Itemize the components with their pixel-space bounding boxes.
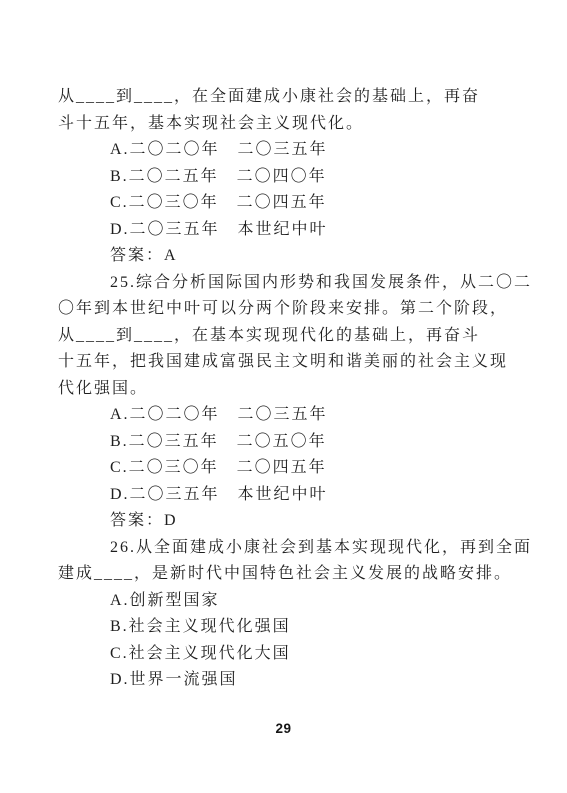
option-line-b: B.二〇三五年 二〇五〇年 (58, 429, 492, 456)
option-line-d: D.二〇三五年 本世纪中叶 (58, 482, 492, 509)
option-line-a: A.二〇二〇年 二〇三五年 (58, 137, 492, 164)
option-line-c: C.二〇三〇年 二〇四五年 (58, 455, 492, 482)
question-stem-line: 〇年到本世纪中叶可以分两个阶段来安排。第二个阶段， (58, 296, 492, 323)
option-line-d: D.二〇三五年 本世纪中叶 (58, 217, 492, 244)
option-line-d: D.世界一流强国 (58, 667, 492, 694)
answer-line: 答案：A (58, 243, 492, 270)
question-stem-line: 斗十五年，基本实现社会主义现代化。 (58, 111, 492, 138)
question-stem-line: 从____到____，在基本实现现代化的基础上，再奋斗 (58, 323, 492, 350)
question-stem-line: 十五年，把我国建成富强民主文明和谐美丽的社会主义现 (58, 349, 492, 376)
page-number: 29 (275, 721, 291, 736)
question-stem-line: 26.从全面建成小康社会到基本实现现代化，再到全面 (58, 535, 492, 562)
option-line-b: B.社会主义现代化强国 (58, 614, 492, 641)
option-line-b: B.二〇二五年 二〇四〇年 (58, 164, 492, 191)
option-line-c: C.二〇三〇年 二〇四五年 (58, 190, 492, 217)
document-page: 从____到____，在全面建成小康社会的基础上，再奋 斗十五年，基本实现社会主… (0, 0, 567, 793)
page-footer: 29 (0, 720, 567, 738)
question-stem-line: 从____到____，在全面建成小康社会的基础上，再奋 (58, 84, 492, 111)
question-stem-line: 25.综合分析国际国内形势和我国发展条件，从二〇二 (58, 270, 492, 297)
question-stem-line: 建成____，是新时代中国特色社会主义发展的战略安排。 (58, 561, 492, 588)
question-block-25: 25.综合分析国际国内形势和我国发展条件，从二〇二 〇年到本世纪中叶可以分两个阶… (58, 270, 492, 535)
answer-line: 答案：D (58, 508, 492, 535)
question-block-24-tail: 从____到____，在全面建成小康社会的基础上，再奋 斗十五年，基本实现社会主… (58, 84, 492, 270)
question-text-block: 从____到____，在全面建成小康社会的基础上，再奋 斗十五年，基本实现社会主… (58, 84, 492, 694)
option-line-c: C.社会主义现代化大国 (58, 641, 492, 668)
option-line-a: A.二〇二〇年 二〇三五年 (58, 402, 492, 429)
option-line-a: A.创新型国家 (58, 588, 492, 615)
question-block-26: 26.从全面建成小康社会到基本实现现代化，再到全面 建成____，是新时代中国特… (58, 535, 492, 694)
question-stem-line: 代化强国。 (58, 376, 492, 403)
